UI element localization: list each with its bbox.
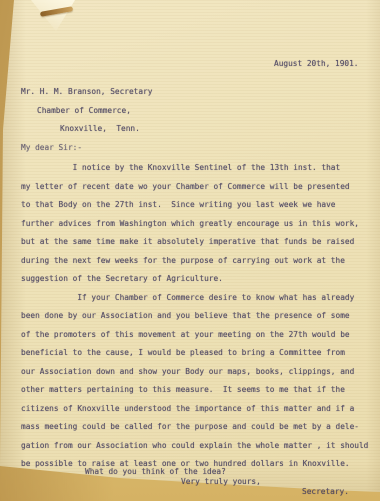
body-line: of the promoters of this movement at you… bbox=[21, 326, 368, 345]
letter-date: August 20th, 1901. bbox=[274, 59, 359, 69]
body-line: been done by our Association and you bel… bbox=[21, 307, 368, 326]
recipient-name: Mr. H. M. Branson, Secretary bbox=[21, 87, 152, 97]
recipient-city: Knoxville, Tenn. bbox=[60, 124, 140, 134]
salutation: My dear Sir:- bbox=[21, 143, 82, 153]
body-line: beneficial to the cause, I would be plea… bbox=[21, 344, 368, 363]
body-line: to that Body on the 27th inst. Since wri… bbox=[21, 196, 368, 215]
body-line: If your Chamber of Commerce desire to kn… bbox=[21, 289, 368, 308]
body-line: citizens of Knoxville understood the imp… bbox=[21, 400, 368, 419]
body-line: mass meeting could be called for the pur… bbox=[21, 418, 368, 437]
closing-question: What do you think of the idea? bbox=[85, 467, 226, 477]
body-line: our Association down and show your Body … bbox=[21, 363, 368, 382]
letter-body: I notice by the Knoxville Sentinel of th… bbox=[21, 159, 368, 474]
body-line: my letter of recent date wo your Chamber… bbox=[21, 178, 368, 197]
body-line: other matters pertaining to this measure… bbox=[21, 381, 368, 400]
body-line: gation from our Association who could ex… bbox=[21, 437, 368, 456]
body-line: during the next few weeks for the purpos… bbox=[21, 252, 368, 271]
body-line: further advices from Washington which gr… bbox=[21, 215, 368, 234]
signature-line: Secretary. bbox=[302, 487, 349, 497]
scanned-letter: August 20th, 1901. Mr. H. M. Branson, Se… bbox=[0, 0, 380, 501]
recipient-organization: Chamber of Commerce, bbox=[37, 106, 131, 116]
body-line: but at the same time make it absolutely … bbox=[21, 233, 368, 252]
body-line: suggestion of the Secretary of Agricultu… bbox=[21, 270, 368, 289]
complimentary-close: Very truly yours, bbox=[181, 477, 261, 487]
body-line: I notice by the Knoxville Sentinel of th… bbox=[21, 159, 368, 178]
